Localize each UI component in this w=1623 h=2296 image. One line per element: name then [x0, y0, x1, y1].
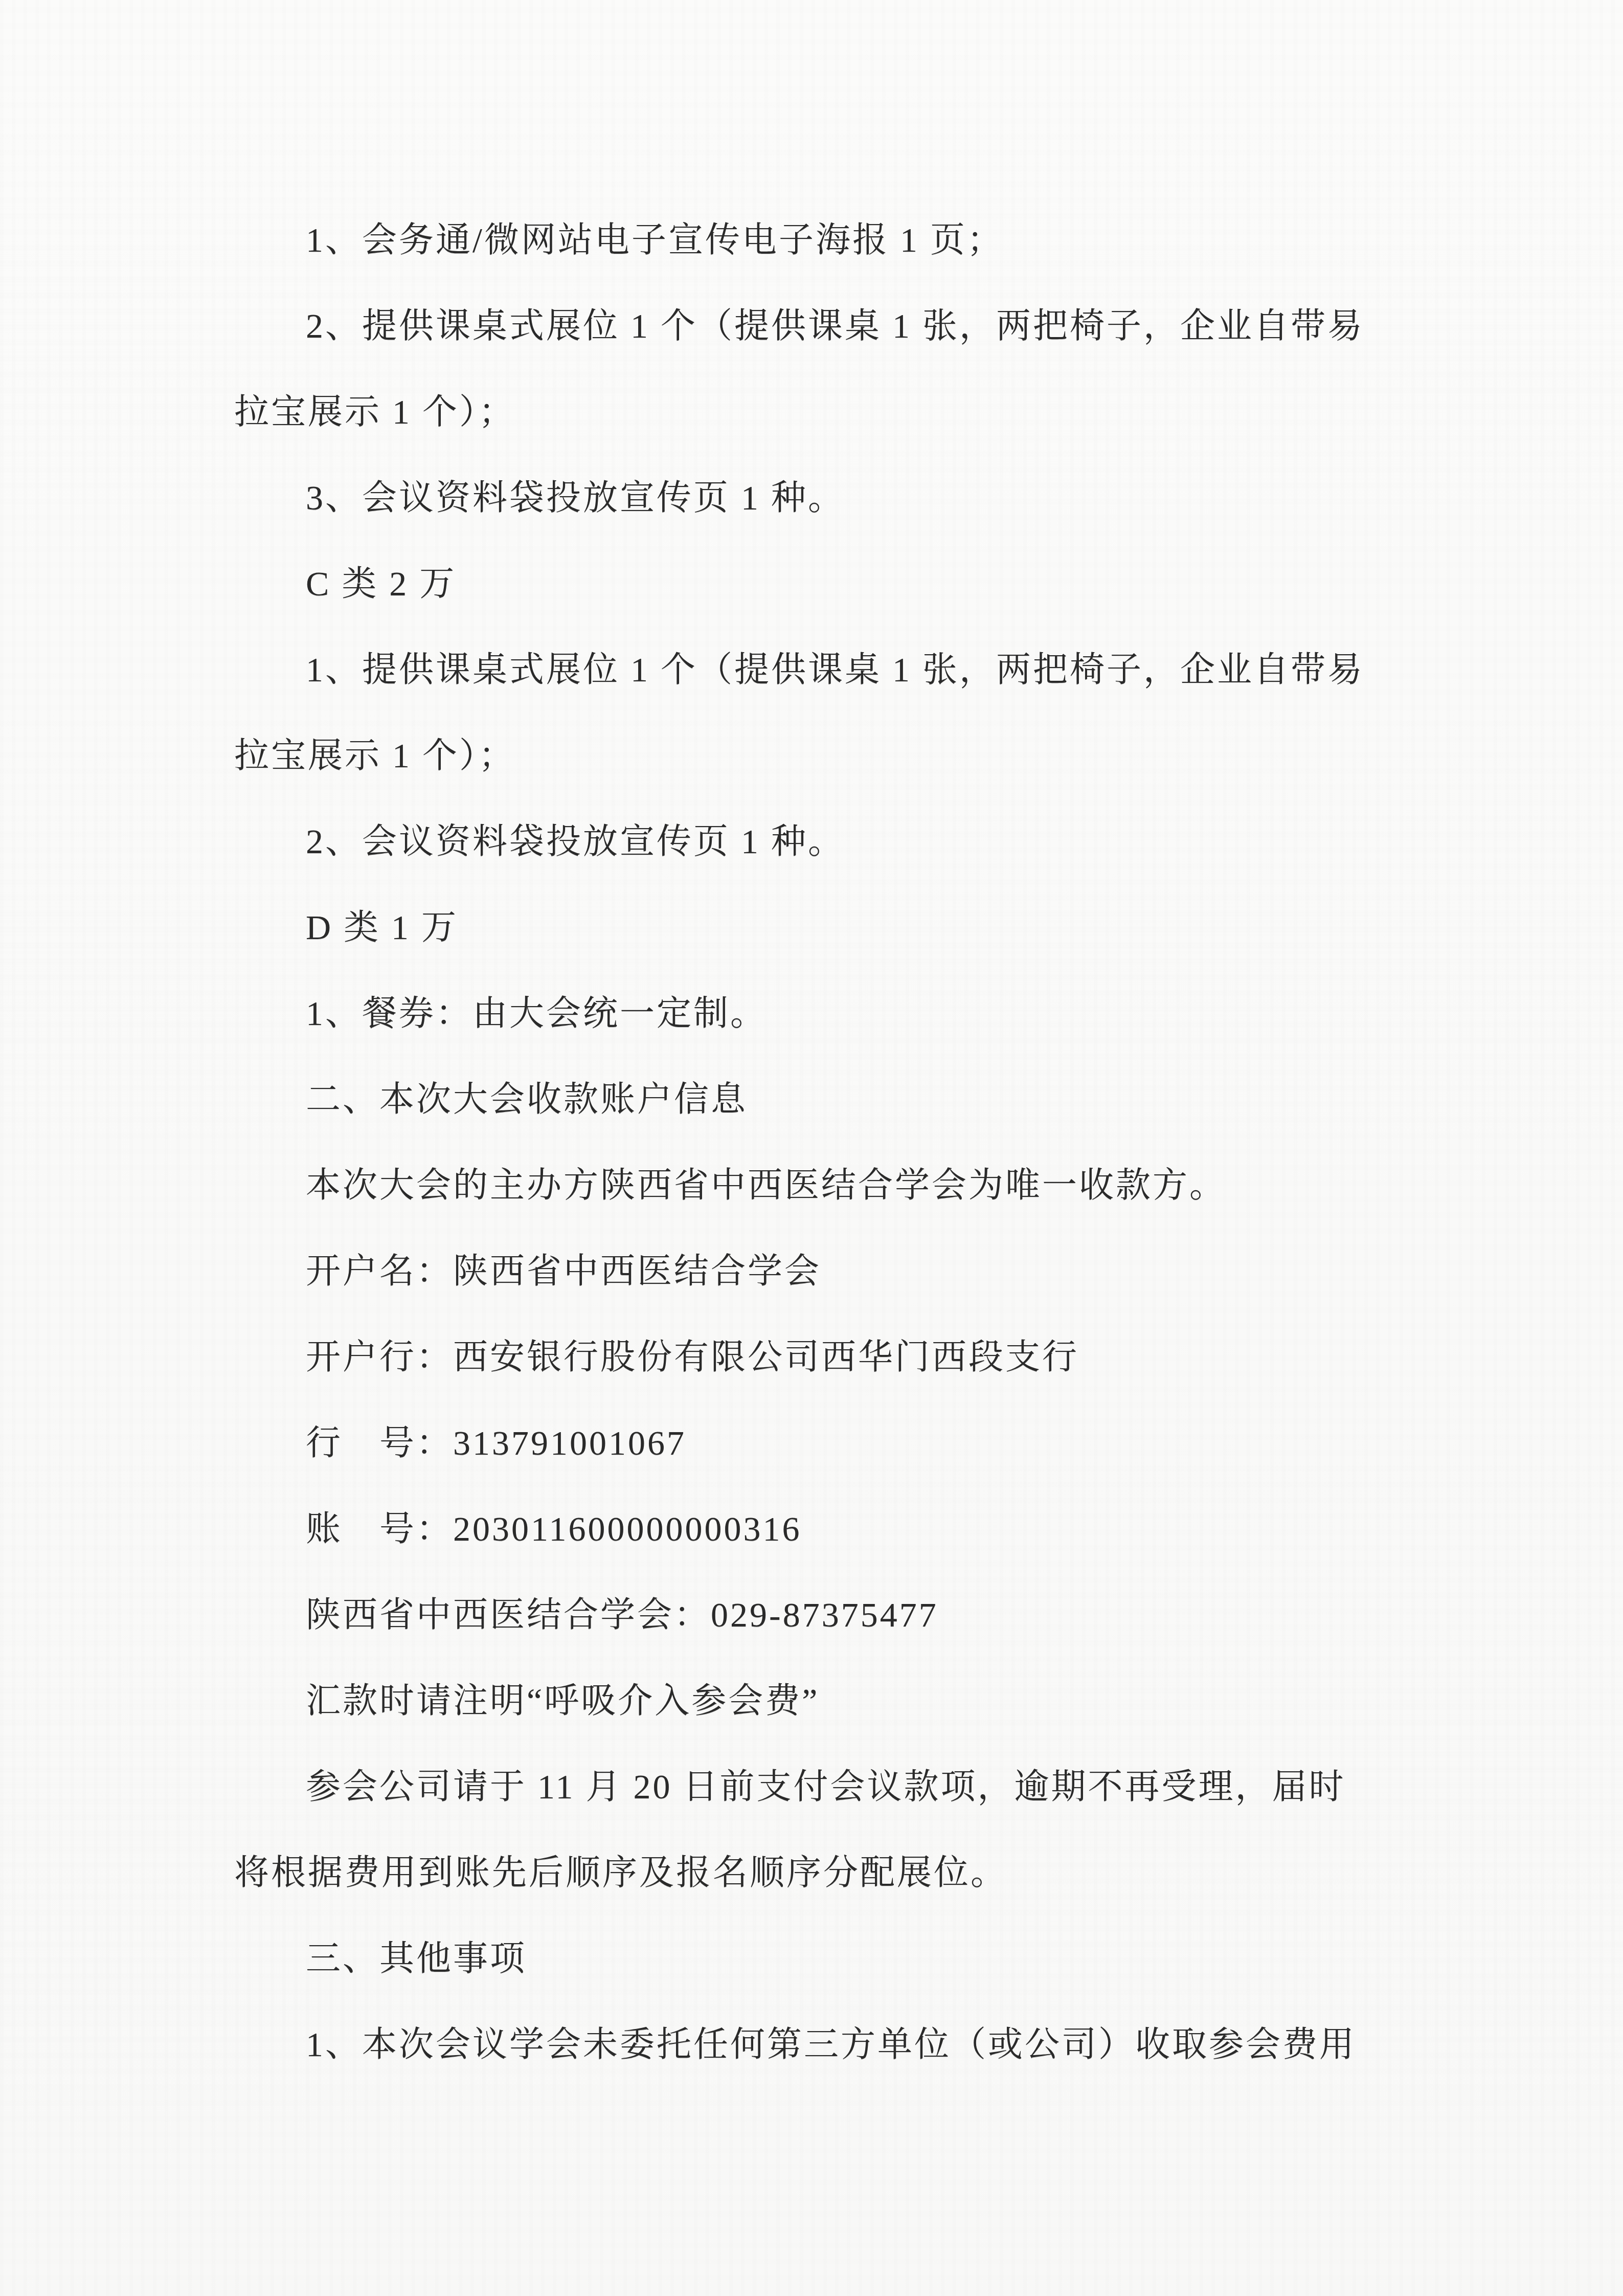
- text-line: 1、本次会议学会未委托任何第三方单位（或公司）收取参会费用: [234, 2001, 1410, 2087]
- text-line: 2、提供课桌式展位 1 个（提供课桌 1 张，两把椅子，企业自带易: [234, 283, 1410, 369]
- text-line: 拉宝展示 1 个）；: [234, 712, 1410, 798]
- text-line: C 类 2 万: [234, 541, 1410, 627]
- text-line: 二、本次大会收款账户信息: [234, 1056, 1410, 1142]
- document-page: 1、会务通/微网站电子宣传电子海报 1 页； 2、提供课桌式展位 1 个（提供课…: [0, 0, 1623, 2296]
- text-line: 1、餐券：由大会统一定制。: [234, 970, 1410, 1056]
- text-line: 开户名：陕西省中西医结合学会: [234, 1228, 1410, 1314]
- text-line: 行 号：313791001067: [234, 1400, 1410, 1486]
- document-text: 1、会务通/微网站电子宣传电子海报 1 页； 2、提供课桌式展位 1 个（提供课…: [234, 197, 1410, 2087]
- text-line: 开户行：西安银行股份有限公司西华门西段支行: [234, 1314, 1410, 1400]
- text-line: 将根据费用到账先后顺序及报名顺序分配展位。: [234, 1830, 1410, 1915]
- text-line: 1、会务通/微网站电子宣传电子海报 1 页；: [234, 197, 1410, 283]
- text-line: 参会公司请于 11 月 20 日前支付会议款项，逾期不再受理，届时: [234, 1744, 1410, 1830]
- text-line: 3、会议资料袋投放宣传页 1 种。: [234, 455, 1410, 541]
- text-line: 本次大会的主办方陕西省中西医结合学会为唯一收款方。: [234, 1142, 1410, 1228]
- text-line: D 类 1 万: [234, 884, 1410, 970]
- text-line: 账 号：203011600000000316: [234, 1486, 1410, 1572]
- text-line: 汇款时请注明“呼吸介入参会费”: [234, 1658, 1410, 1744]
- text-line: 2、会议资料袋投放宣传页 1 种。: [234, 798, 1410, 884]
- text-line: 拉宝展示 1 个）；: [234, 369, 1410, 455]
- text-line: 三、其他事项: [234, 1915, 1410, 2001]
- text-line: 陕西省中西医结合学会：029-87375477: [234, 1572, 1410, 1658]
- text-line: 1、提供课桌式展位 1 个（提供课桌 1 张，两把椅子，企业自带易: [234, 627, 1410, 712]
